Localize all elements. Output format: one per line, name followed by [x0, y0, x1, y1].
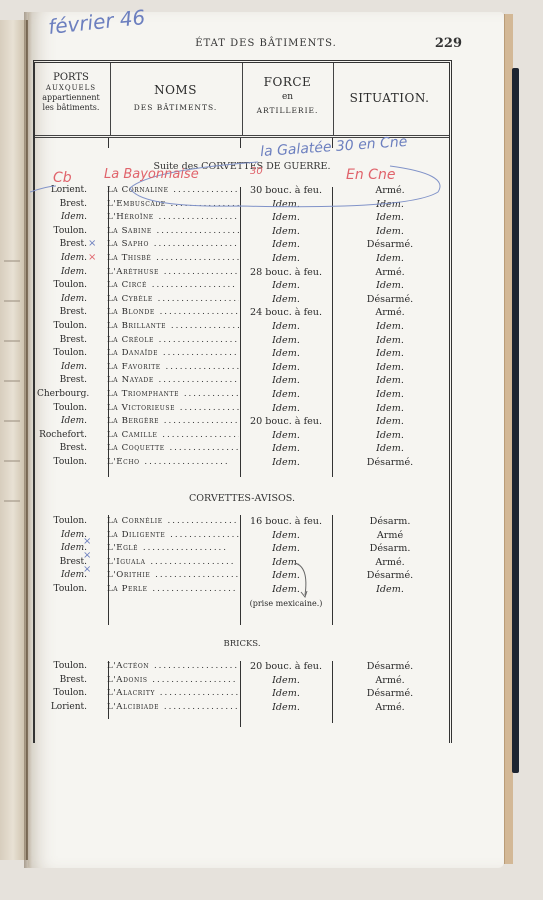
leader-dots: .................. [175, 403, 239, 413]
table-row: Rochefort. La Camille ..................… [35, 430, 449, 444]
table-row: Brest. La Créole .................. Idem… [35, 335, 449, 349]
table-row: Toulon. La Perle .................. Idem… [35, 584, 449, 598]
table-row: Brest. L'Adonis .................. Idem.… [35, 675, 449, 689]
leader-dots: .................. [165, 443, 239, 453]
leader-dots: .................. [165, 530, 239, 540]
bleed-text [4, 380, 20, 382]
bleed-text [4, 460, 20, 462]
table-row: Toulon. La Brillante .................. … [35, 321, 449, 335]
table-row: Lorient. L'Alcibiade .................. … [35, 702, 449, 716]
table-row: Idem. La Diligente .................. Id… [35, 530, 449, 544]
leader-dots: .................. [148, 675, 238, 685]
table-row: Toulon. La Cornélie .................. 1… [35, 516, 449, 530]
cross-mark-icon: × [83, 550, 91, 561]
page-number: 229 [435, 36, 462, 51]
table-row: Brest. La Coquette .................. Id… [35, 443, 449, 457]
table-row: Toulon. L'Actéon .................. 20 b… [35, 661, 449, 675]
header-ports: PORTS AUXQUELS appartiennent les bâtimen… [35, 63, 107, 135]
leader-dots: .................. [166, 321, 239, 331]
bleed-text [4, 340, 20, 342]
handwritten-cb: Cb [53, 170, 72, 186]
book-page: février 46 ÉTAT DES BÂTIMENTS. 229 PORTS… [28, 12, 504, 868]
column-rule [108, 138, 109, 148]
leader-dots: .................. [138, 543, 228, 553]
book-cover [512, 68, 519, 773]
bleed-text [4, 260, 20, 262]
table-row: Toulon. La Sabine .................. Ide… [35, 226, 449, 240]
curved-arrow-icon [293, 559, 313, 603]
section-title-bricks: BRICKS. [35, 639, 449, 649]
handwritten-date: février 46 [47, 5, 146, 39]
table-header: PORTS AUXQUELS appartiennent les bâtimen… [35, 63, 449, 138]
table-row: Idem. La Favorite .................. Ide… [35, 362, 449, 376]
table-row: Toulon. La Victorieuse .................… [35, 403, 449, 417]
leader-dots: .................. [152, 226, 239, 236]
leader-dots: .................. [179, 389, 239, 399]
leader-dots: .................. [140, 457, 230, 467]
bleed-text [4, 500, 20, 502]
table-row: Idem. La Thisbé .................. Idem.… [35, 253, 449, 267]
header-noms: NOMS DES BÂTIMENTS. [110, 63, 240, 135]
leader-dots: .................. [155, 688, 239, 698]
gutter-shadow [24, 12, 32, 868]
table-row: Idem. La Cybèle .................. Idem.… [35, 294, 449, 308]
table-row: Toulon. La Circé .................. Idem… [35, 280, 449, 294]
table-row: Toulon. L'Alacrity .................. Id… [35, 688, 449, 702]
table-row: Idem. L'Aréthuse .................. 28 b… [35, 267, 449, 281]
handwritten-bayonnaise: La Bayonnaise [104, 167, 199, 182]
handwritten-30: 30 [250, 166, 263, 177]
table-row: Brest. La Sapho .................. Idem.… [35, 239, 449, 253]
leader-dots: .................. [159, 702, 239, 712]
table-row: Cherbourg. La Triomphante ..............… [35, 389, 449, 403]
leader-dots: .................. [155, 307, 239, 317]
cross-mark-icon: × [83, 564, 91, 575]
bleed-text [4, 420, 20, 422]
handwritten-en-cne: En Cne [346, 167, 395, 183]
header-situation: SITUATION. [333, 63, 445, 135]
leader-dots: .................. [161, 362, 239, 372]
table-row: Brest. La Blonde .................. 24 b… [35, 307, 449, 321]
leader-dots: .................. [149, 239, 239, 249]
header-force: FORCE en ARTILLERIE. [242, 63, 332, 135]
section-title-corvettes-avisos: CORVETTES-AVISOS. [35, 493, 449, 504]
running-head: ÉTAT DES BÂTIMENTS. [28, 38, 504, 49]
leader-dots: .................. [154, 335, 239, 345]
leader-dots: .................. [150, 570, 239, 580]
leader-dots: .................. [158, 430, 239, 440]
table-row: Idem. L'Orithie .................. Idem.… [35, 570, 449, 584]
table-row: Idem. L'Eglé .................. Idem. Dé… [35, 543, 449, 557]
table-row: Brest. L'Iguala .................. Idem.… [35, 557, 449, 571]
column-rule [240, 138, 241, 148]
leader-dots: .................. [146, 557, 236, 567]
leader-dots: .................. [147, 280, 237, 290]
bleed-text [4, 300, 20, 302]
leader-dots: .................. [148, 584, 238, 594]
cross-mark-icon: × [88, 238, 96, 249]
leader-dots: .................. [158, 348, 239, 358]
table-row: Toulon. La Danaïde .................. Id… [35, 348, 449, 362]
handwritten-loop [30, 152, 450, 222]
table-row: Idem. La Bergère .................. 20 b… [35, 416, 449, 430]
table-row: Toulon. L'Écho .................. Idem. … [35, 457, 449, 471]
table-row: Brest. La Nayade .................. Idem… [35, 375, 449, 389]
leader-dots: .................. [163, 516, 239, 526]
leader-dots: .................. [153, 294, 239, 304]
cross-mark-icon: × [88, 252, 96, 263]
leader-dots: .................. [154, 375, 239, 385]
leader-dots: .................. [159, 267, 239, 277]
leader-dots: .................. [151, 253, 239, 263]
footnote-prise-mexicaine: (prise mexicaine.) [239, 599, 333, 608]
leader-dots: .................. [159, 416, 239, 426]
cross-mark-icon: × [83, 536, 91, 547]
leader-dots: .................. [149, 661, 239, 671]
